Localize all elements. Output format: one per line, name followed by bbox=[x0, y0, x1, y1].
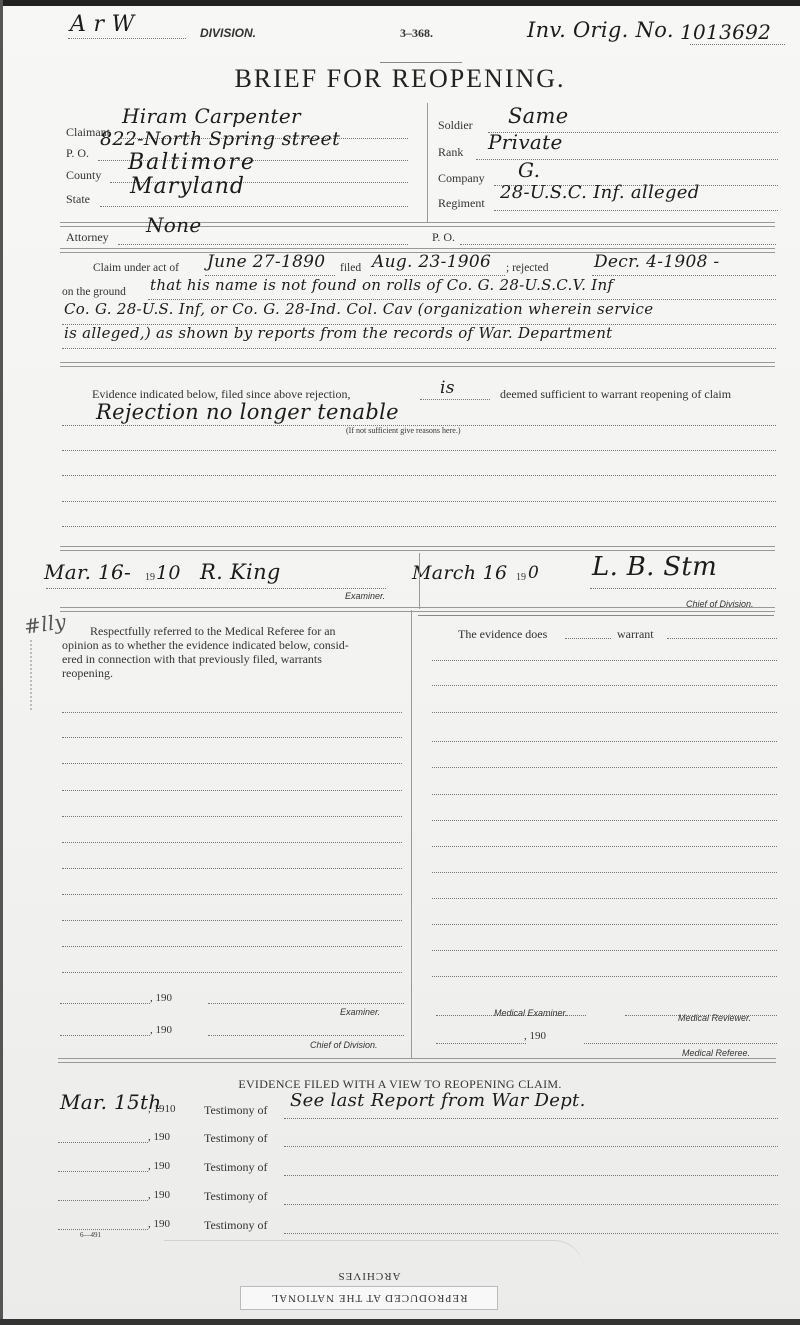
evidence-blank-line-2[interactable] bbox=[62, 475, 776, 476]
examiner-date[interactable]: Mar. 16- bbox=[44, 560, 131, 584]
medical-left-line-10[interactable] bbox=[62, 946, 402, 947]
evidence-does-label: The evidence does bbox=[458, 627, 547, 642]
ground-line-1[interactable]: that his name is not found on rolls of C… bbox=[150, 276, 613, 294]
medical-section-rule bbox=[58, 1058, 776, 1063]
evidence-row-1-year: , 1910 bbox=[148, 1103, 176, 1115]
evidence-suffix: deemed sufficient to warrant reopening o… bbox=[500, 387, 731, 402]
evidence-row-2-year: , 190 bbox=[148, 1131, 170, 1143]
scan-edge-top bbox=[0, 0, 800, 6]
warrant-line[interactable] bbox=[667, 638, 777, 639]
medical-referral-text: Respectfully referred to the Medical Ref… bbox=[62, 624, 402, 680]
medical-referee-year: , 190 bbox=[524, 1030, 546, 1042]
medical-referral-line-4: reopening. bbox=[62, 666, 402, 680]
state-line bbox=[100, 206, 408, 207]
medical-right-top-rule bbox=[418, 615, 774, 616]
examiner-year-prefix: 19 bbox=[145, 572, 155, 583]
medical-right-line-8[interactable] bbox=[432, 846, 777, 847]
medical-left-line-6[interactable] bbox=[62, 842, 402, 843]
medical-left-line-11[interactable] bbox=[62, 972, 402, 973]
signature-divider bbox=[419, 553, 420, 609]
county-label: County bbox=[66, 168, 101, 183]
medical-right-line-10[interactable] bbox=[432, 898, 777, 899]
document-page: A r W DIVISION. 3–368. Inv. Orig. No. 10… bbox=[0, 0, 800, 1325]
evidence-row-1-value[interactable]: See last Report from War Dept. bbox=[290, 1090, 586, 1111]
evidence-is-value[interactable]: is bbox=[440, 378, 455, 398]
medical-right-line-9[interactable] bbox=[432, 872, 777, 873]
evidence-row-1-date[interactable]: Mar. 15th bbox=[60, 1090, 162, 1114]
attorney-po-label: P. O. bbox=[432, 230, 455, 245]
left-chief-year: , 190 bbox=[150, 1024, 172, 1036]
evidence-row-1-label: Testimony of bbox=[204, 1103, 268, 1118]
company-label: Company bbox=[438, 171, 485, 186]
company-value[interactable]: G. bbox=[518, 158, 540, 182]
ground-line-2[interactable]: Co. G. 28-U.S. Inf, or Co. G. 28-Ind. Co… bbox=[64, 300, 653, 318]
claim-section-rule bbox=[60, 362, 775, 367]
medical-right-line-6[interactable] bbox=[432, 794, 777, 795]
chief-signature[interactable]: L. B. Stm bbox=[592, 552, 717, 582]
rejected-label: ; rejected bbox=[506, 262, 548, 274]
state-value[interactable]: Maryland bbox=[130, 174, 245, 199]
chief-signature-line bbox=[590, 588, 776, 589]
filed-label: filed bbox=[340, 262, 361, 274]
evidence-row-3-date-line[interactable] bbox=[58, 1171, 148, 1172]
ground-label: on the ground bbox=[62, 286, 126, 298]
evidence-row-2-label: Testimony of bbox=[204, 1131, 268, 1146]
header-divider bbox=[380, 62, 462, 63]
evidence-row-5-label: Testimony of bbox=[204, 1218, 268, 1233]
medical-right-line-3[interactable] bbox=[432, 712, 777, 713]
left-examiner-sign-line[interactable] bbox=[208, 1003, 404, 1004]
attorney-line bbox=[118, 244, 408, 245]
examiner-signature-line bbox=[46, 588, 386, 589]
claimant-value[interactable]: Hiram Carpenter bbox=[122, 104, 301, 128]
po-label: P. O. bbox=[66, 146, 89, 161]
soldier-label: Soldier bbox=[438, 118, 473, 133]
ground-rule-3 bbox=[62, 348, 776, 349]
left-examiner-year: , 190 bbox=[150, 992, 172, 1004]
medical-right-line-1[interactable] bbox=[432, 660, 777, 661]
evidence-reason-hint: (If not sufficient give reasons here.) bbox=[346, 426, 460, 435]
medical-left-line-5[interactable] bbox=[62, 816, 402, 817]
medical-referee-date-line[interactable] bbox=[436, 1043, 526, 1044]
left-examiner-date-line[interactable] bbox=[60, 1003, 150, 1004]
rank-value[interactable]: Private bbox=[488, 130, 563, 154]
under-act-value[interactable]: June 27-1890 bbox=[207, 252, 325, 272]
medical-left-line-7[interactable] bbox=[62, 868, 402, 869]
evidence-row-3-label: Testimony of bbox=[204, 1160, 268, 1175]
examiner-year-suffix[interactable]: 10 bbox=[156, 562, 181, 584]
division-line bbox=[68, 38, 186, 39]
left-chief-date-line[interactable] bbox=[60, 1035, 150, 1036]
examiner-label: Examiner. bbox=[345, 591, 385, 601]
left-examiner-label: Examiner. bbox=[340, 1007, 380, 1017]
signature-section-rule bbox=[60, 607, 775, 612]
evidence-row-4-year: , 190 bbox=[148, 1189, 170, 1201]
medical-left-line-8[interactable] bbox=[62, 894, 402, 895]
margin-note: #lly bbox=[23, 609, 68, 639]
county-value[interactable]: Baltimore bbox=[128, 150, 256, 175]
top-box-divider bbox=[427, 103, 428, 223]
evidence-row-3-line[interactable] bbox=[284, 1175, 778, 1176]
scan-edge-left bbox=[0, 0, 3, 1325]
regiment-line bbox=[494, 210, 778, 211]
medical-referral-line-3: ered in connection with that previously … bbox=[62, 652, 402, 666]
evidence-row-5-line[interactable] bbox=[284, 1233, 778, 1234]
medical-left-line-1[interactable] bbox=[62, 712, 402, 713]
evidence-row-1-line bbox=[284, 1118, 778, 1119]
rejected-line bbox=[592, 275, 776, 276]
margin-stamp-marks bbox=[30, 640, 38, 710]
examiner-signature[interactable]: R. King bbox=[200, 560, 281, 584]
medical-referral-line-1: Respectfully referred to the Medical Ref… bbox=[62, 624, 402, 638]
left-chief-label: Chief of Division. bbox=[310, 1040, 378, 1050]
attorney-value[interactable]: None bbox=[146, 213, 201, 237]
left-chief-sign-line[interactable] bbox=[208, 1035, 404, 1036]
archive-stamp: REPRODUCED AT THE NATIONAL ARCHIVES bbox=[240, 1286, 498, 1310]
evidence-row-5-date-line[interactable] bbox=[58, 1229, 148, 1230]
attorney-po-line[interactable] bbox=[460, 244, 776, 245]
medical-referral-line-2: opinion as to whether the evidence indic… bbox=[62, 638, 402, 652]
evidence-blank-line-1[interactable] bbox=[62, 450, 776, 451]
form-code: 6—491 bbox=[80, 1231, 101, 1239]
medical-left-line-2[interactable] bbox=[62, 737, 402, 738]
evidence-row-4-label: Testimony of bbox=[204, 1189, 268, 1204]
medical-right-line-4[interactable] bbox=[432, 741, 777, 742]
medical-examiner-label: Medical Examiner. bbox=[494, 1008, 568, 1018]
rejected-value[interactable]: Decr. 4-1908 - bbox=[594, 252, 719, 272]
evidence-row-2-line[interactable] bbox=[284, 1146, 778, 1147]
evidence-row-5-year: , 190 bbox=[148, 1218, 170, 1230]
medical-right-line-7[interactable] bbox=[432, 820, 777, 821]
evidence-is-line bbox=[420, 399, 490, 400]
evidence-row-4-line[interactable] bbox=[284, 1204, 778, 1205]
medical-referee-label: Medical Referee. bbox=[682, 1048, 750, 1058]
division-handwritten: A r W bbox=[70, 12, 135, 37]
chief-date[interactable]: March 16 bbox=[412, 562, 507, 584]
medical-right-line-11[interactable] bbox=[432, 924, 777, 925]
inv-orig-number: 1013692 bbox=[680, 20, 771, 44]
medical-divider bbox=[411, 610, 412, 1058]
under-act-label: Claim under act of bbox=[93, 262, 179, 274]
regiment-value[interactable]: 28-U.S.C. Inf. alleged bbox=[500, 182, 700, 203]
form-number: 3–368. bbox=[400, 26, 433, 41]
filed-value[interactable]: Aug. 23-1906 bbox=[372, 252, 491, 272]
evidence-row-2-date-line[interactable] bbox=[58, 1142, 148, 1143]
evidence-reason-value[interactable]: Rejection no longer tenable bbox=[96, 400, 399, 424]
evidence-blank-line-3[interactable] bbox=[62, 501, 776, 502]
medical-referee-sign-line[interactable] bbox=[584, 1043, 777, 1044]
division-label: DIVISION. bbox=[200, 26, 256, 40]
attorney-label: Attorney bbox=[66, 230, 109, 245]
evidence-row-4-date-line[interactable] bbox=[58, 1200, 148, 1201]
page-title: BRIEF FOR REOPENING. bbox=[0, 64, 800, 94]
inv-orig-line bbox=[690, 44, 785, 45]
rank-label: Rank bbox=[438, 145, 463, 160]
regiment-label: Regiment bbox=[438, 196, 485, 211]
ground-line-3[interactable]: is alleged,) as shown by reports from th… bbox=[64, 324, 613, 342]
medical-right-line-13[interactable] bbox=[432, 976, 777, 977]
state-label: State bbox=[66, 192, 90, 207]
medical-right-line-12[interactable] bbox=[432, 950, 777, 951]
evidence-section-rule bbox=[60, 546, 775, 551]
medical-right-line-5[interactable] bbox=[432, 767, 777, 768]
evidence-blank-line-4[interactable] bbox=[62, 526, 776, 527]
evidence-row-3-year: , 190 bbox=[148, 1160, 170, 1172]
medical-reviewer-label: Medical Reviewer. bbox=[678, 1013, 751, 1023]
soldier-value[interactable]: Same bbox=[508, 104, 568, 128]
po-value[interactable]: 822-North Spring street bbox=[100, 128, 340, 150]
chief-year-prefix: 19 bbox=[516, 572, 526, 583]
medical-left-line-9[interactable] bbox=[62, 920, 402, 921]
medical-right-line-2[interactable] bbox=[432, 685, 777, 686]
evidence-does-line[interactable] bbox=[565, 638, 611, 639]
medical-left-line-3[interactable] bbox=[62, 763, 402, 764]
medical-left-line-4[interactable] bbox=[62, 790, 402, 791]
warrant-label: warrant bbox=[617, 627, 654, 642]
scan-edge-bottom bbox=[0, 1319, 800, 1325]
chief-year-suffix[interactable]: 0 bbox=[528, 563, 539, 583]
inv-orig-label: Inv. Orig. No. bbox=[527, 18, 674, 42]
